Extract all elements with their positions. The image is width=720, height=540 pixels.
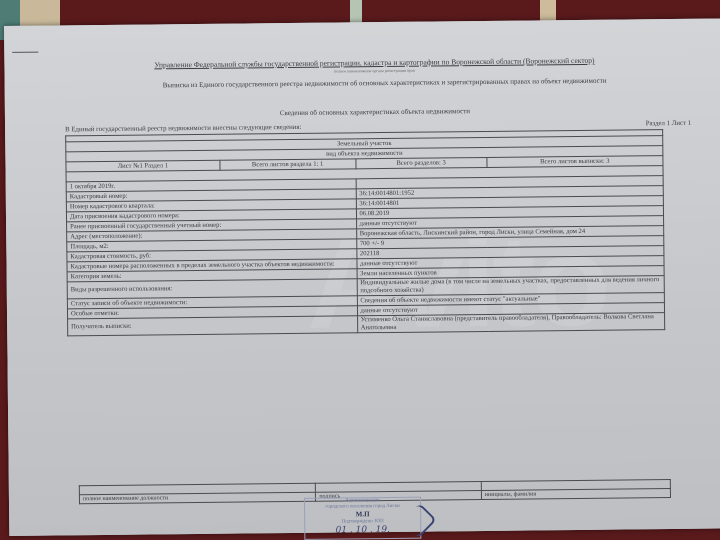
section-title: Сведения об основных характеристиках объ… [165,106,585,118]
sheet-reference: Раздел 1 Лист 1 [646,120,691,127]
document-page: Avito Управление Федеральной службы госу… [4,19,720,536]
row-value: Устименко Ольга Станиславовна (представи… [357,313,665,333]
row-label: Получатель выписки: [68,316,358,336]
document-title: Выписка из Единого государственного реес… [85,76,685,90]
stamp-date: 01 . 10 . 19. [305,525,420,536]
dash-mark [12,52,38,53]
extract-table: Земельный участок вид объекта недвижимос… [65,129,665,336]
intro-text: В Единый государственный реестр недвижим… [65,124,301,133]
position-label: полное наименование должности [79,492,315,503]
name-label: инициалы, фамилия [481,489,670,500]
